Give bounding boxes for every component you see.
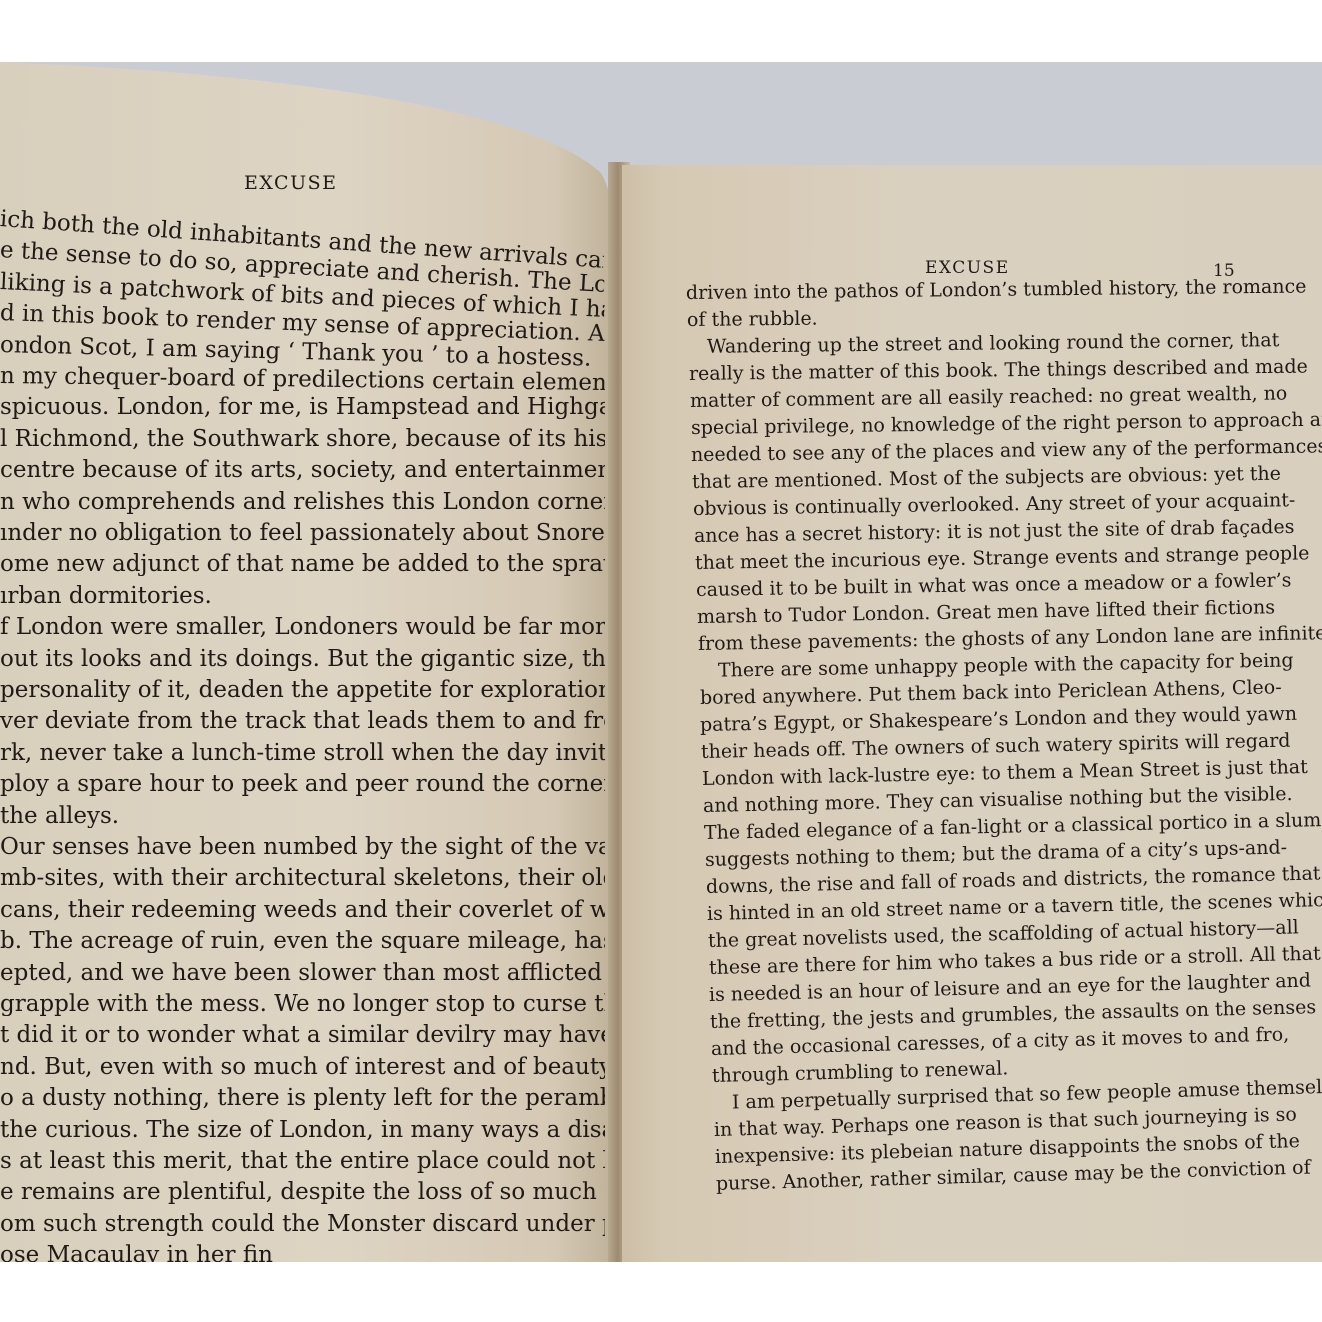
left-text-line: f London were smaller, Londoners would b… — [0, 616, 605, 639]
left-text-line: b. The acreage of ruin, even the square … — [0, 930, 605, 953]
left-text-line: ploy a spare hour to peek and peer round… — [0, 773, 605, 796]
left-text-line: cans, their redeeming weeds and their co… — [0, 899, 605, 922]
left-text-line: rk, never take a lunch-time stroll when … — [0, 742, 605, 765]
left-text-line: out its looks and its doings. But the gi… — [0, 648, 605, 671]
left-text-line: the alleys. — [0, 805, 605, 828]
left-text-line: ınder no obligation to feel passionately… — [0, 522, 605, 545]
left-text-line: om such strength could the Monster disca… — [0, 1213, 605, 1236]
left-text-line: nd. But, even with so much of interest a… — [0, 1056, 605, 1079]
left-text-line: personality of it, deaden the appetite f… — [0, 679, 605, 702]
left-text-line: ome new adjunct of that name be added to… — [0, 553, 605, 576]
left-text-line: t did it or to wonder what a similar dev… — [0, 1024, 605, 1047]
left-text-line: n who comprehends and relishes this Lond… — [0, 491, 605, 514]
left-text-line: l Richmond, the Southwark shore, because… — [0, 428, 605, 451]
right-text-line: of the rubble. — [687, 310, 818, 330]
photo-scene: EXCUSE ich both the old inhabitants and … — [0, 62, 1322, 1262]
left-text-line: o a dusty nothing, there is plenty left … — [0, 1087, 605, 1110]
left-text-line: grapple with the mess. We no longer stop… — [0, 993, 605, 1016]
left-running-head: EXCUSE — [244, 172, 338, 194]
left-text-line: the curious. The size of London, in many… — [0, 1119, 605, 1142]
left-text-line: spicuous. London, for me, is Hampstead a… — [0, 396, 605, 419]
left-text-line: ver deviate from the track that leads th… — [0, 710, 605, 733]
left-text-line: epted, and we have been slower than most… — [0, 962, 605, 985]
left-text-line: Our senses have been numbed by the sight… — [0, 836, 605, 859]
left-text-line: centre because of its arts, society, and… — [0, 459, 605, 482]
left-text-line: ırban dormitories. — [0, 585, 605, 608]
left-text-line: ose Macaulay in her fin — [0, 1244, 605, 1262]
left-text-line: e remains are plentiful, despite the los… — [0, 1181, 605, 1204]
left-text-line: s at least this merit, that the entire p… — [0, 1150, 605, 1173]
right-running-head: EXCUSE — [925, 258, 1010, 278]
left-text-line: mb-sites, with their architectural skele… — [0, 867, 605, 890]
